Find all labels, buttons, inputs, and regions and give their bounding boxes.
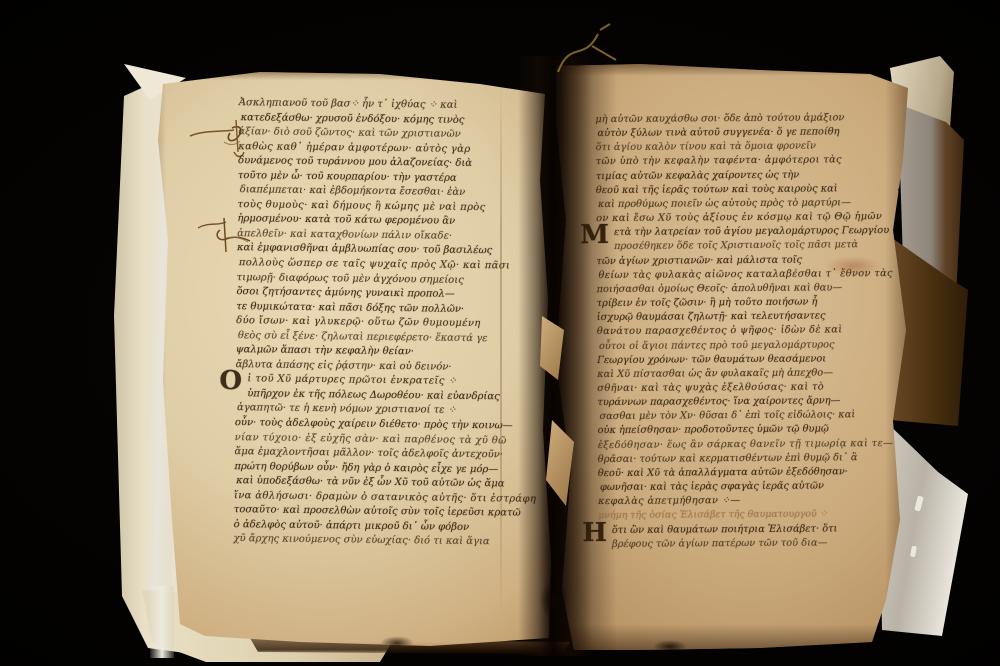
- ink-stain: [653, 640, 687, 653]
- manuscript-page-left: Ἀσκληπιανοῦ τοῦ βασ⁘ ἦν τ᾽ ἰχθύας ⁘ καὶκ…: [150, 64, 558, 656]
- manuscript-text-line: μνήμη τῆς ὁσίας Ἐλισάβετ τῆς θαυματουργο…: [598, 507, 902, 523]
- manuscript-text-line: ον καὶ ἔσω Χῦ τοὺς ἀξίους ἐν κόσμῳ καὶ τ…: [596, 210, 900, 226]
- manuscript-text-line: βρέφους τῶν ἁγίων πατέρων τῶν τοῦ δια—: [598, 536, 902, 552]
- illuminated-initial: Ο: [219, 370, 242, 393]
- flyleaf-bottom-tape: [150, 586, 174, 658]
- binding-thread: [540, 16, 636, 78]
- manuscript-photo: Ἀσκληπιανοῦ τοῦ βασ⁘ ἦν τ᾽ ἰχθύας ⁘ καὶκ…: [0, 0, 1000, 666]
- manuscript-text-line: σθῆναι· καὶ τὰς ψυχὰς ἐξελθούσας· καὶ τὸ: [597, 380, 901, 396]
- manuscript-text-line: θρᾶσαι· τούτων καὶ κερματισθέντων ἐπὶ θυ…: [598, 451, 902, 467]
- gutter-dark-stain: [540, 580, 568, 620]
- manuscript-text-line: ποιήσασθαι ὁμοίως Θεοῖς· ἀπολυθῆναι καὶ …: [597, 281, 901, 297]
- manuscript-text-line: σασθαι μὲν τὸν Χν· θῦσαι δ᾽ ἐπὶ τοῖς εἰδ…: [599, 408, 903, 424]
- manuscript-text-line: οὗτοι οἱ ἅγιοι πάντες πρὸ τοῦ μεγαλομάρτ…: [599, 337, 903, 353]
- manuscript-text-line: χῦ ἄρχης κινούμενος σὺν εὐωχίας· διό τι …: [233, 532, 543, 550]
- right-page-text-column: μὴ αὐτῶν καυχάσθω σοι· ὅδε ἀπὸ τούτου ἀμ…: [595, 111, 902, 583]
- page-crease: [500, 80, 502, 620]
- manuscript-text-line: προσέθηκεν ὅδε τοῖς Χριστιανοῖς τοῖς πᾶσ…: [596, 238, 900, 254]
- manuscript-page-right: 48 μὴ αὐτῶν καυχάσθω σοι· ὅδε ἀπὸ τούτου…: [553, 62, 911, 654]
- manuscript-text-line: τῶν ὑπὸ τὴν κεφαλὴν ταφέντα· ἀμφότεροι τ…: [596, 153, 900, 169]
- reddish-smudge: [825, 256, 881, 276]
